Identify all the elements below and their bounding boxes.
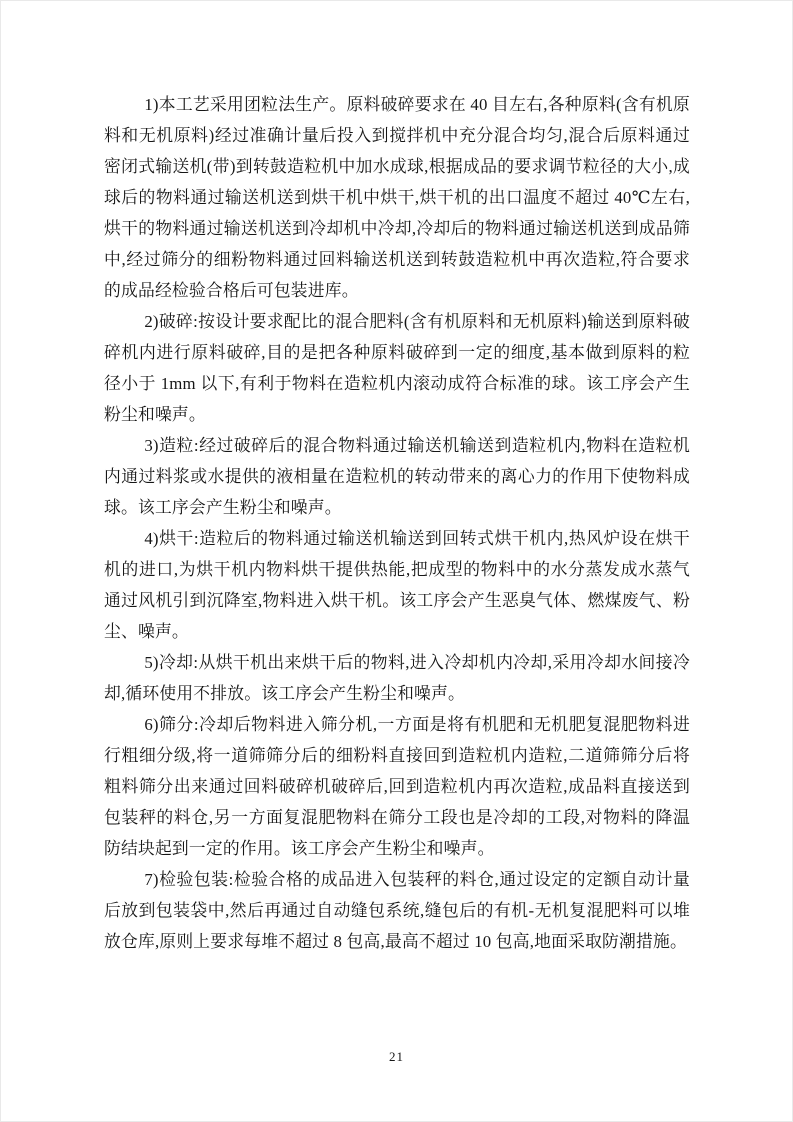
document-page: 1)本工艺采用团粒法生产。原料破碎要求在 40 目左右,各种原料(含有机原料和无…: [0, 0, 793, 1122]
document-body: 1)本工艺采用团粒法生产。原料破碎要求在 40 目左右,各种原料(含有机原料和无…: [104, 89, 690, 957]
paragraph-3-granulation: 3)造粒:经过破碎后的混合物料通过输送机输送到造粒机内,物料在造粒机内通过料浆或…: [104, 430, 690, 523]
page-footer: 21: [1, 1048, 792, 1066]
paragraph-1-process-overview: 1)本工艺采用团粒法生产。原料破碎要求在 40 目左右,各种原料(含有机原料和无…: [104, 89, 690, 306]
paragraph-2-crushing: 2)破碎:按设计要求配比的混合肥料(含有机原料和无机原料)输送到原料破碎机内进行…: [104, 306, 690, 430]
page-number: 21: [389, 1049, 404, 1065]
paragraph-5-cooling: 5)冷却:从烘干机出来烘干后的物料,进入冷却机内冷却,采用冷却水间接冷却,循环使…: [104, 647, 690, 709]
paragraph-4-drying: 4)烘干:造粒后的物料通过输送机输送到回转式烘干机内,热风炉设在烘干机的进口,为…: [104, 523, 690, 647]
paragraph-7-inspection-packaging: 7)检验包装:检验合格的成品进入包装秤的料仓,通过设定的定额自动计量后放到包装袋…: [104, 864, 690, 957]
paragraph-6-screening: 6)筛分:冷却后物料进入筛分机,一方面是将有机肥和无机肥复混肥物料进行粗细分级,…: [104, 709, 690, 864]
